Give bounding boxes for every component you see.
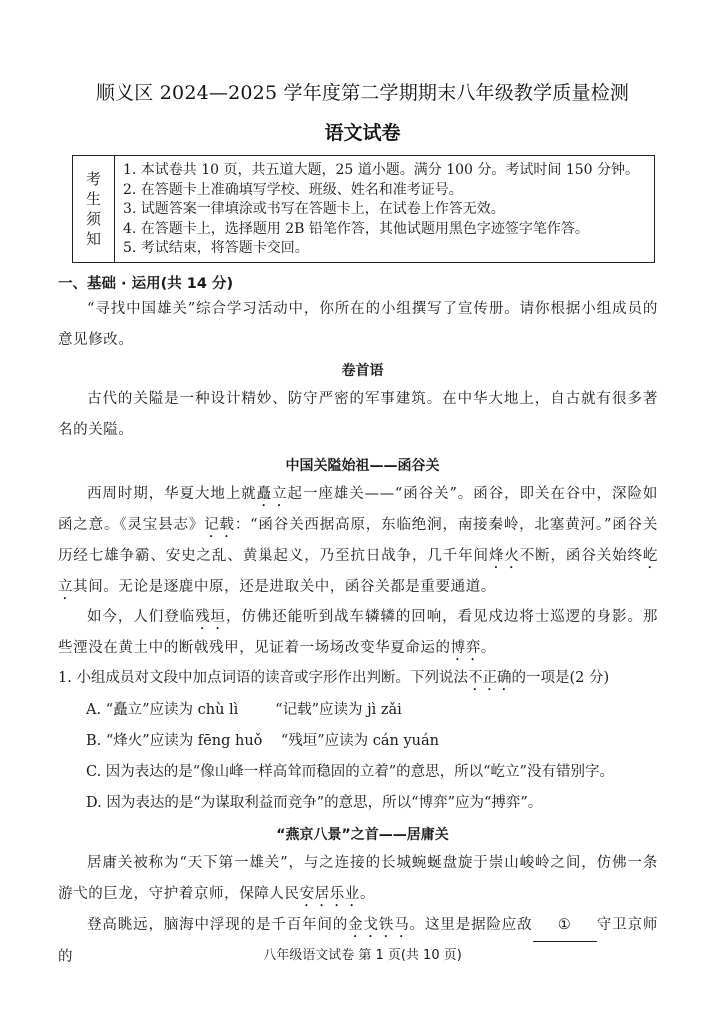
fill-in-blank: ① bbox=[533, 910, 597, 942]
notice-item: 4. 在答题卡上，选择题用 2B 铅笔作答，其他试题用黑色字迹签字笔作答。 bbox=[123, 220, 654, 240]
question-1-option-b: B. “烽火”应读为 fēng huǒ “残垣”应读为 cán yuán bbox=[86, 731, 676, 751]
candidate-notice-table: 考 生 须 知 1. 本试卷共 10 页，共五道大题，25 道小题。满分 100… bbox=[72, 155, 655, 263]
section-title: 一、基础 · 运用(共 14 分) bbox=[58, 272, 233, 293]
question-1-option-a: A. “矗立”应读为 chù lì “记载”应读为 jì zǎi bbox=[86, 700, 676, 720]
dotted-word: 安居乐业 bbox=[300, 886, 360, 902]
question-1-option-c: C. 因为表达的是“像山峰一样高耸而稳固的立着”的意思，所以“屹立”没有错别字。 bbox=[86, 762, 676, 782]
exam-page: 顺义区 2024—2025 学年度第二学期期末八年级教学质量检测 语文试卷 考 … bbox=[0, 0, 725, 1024]
text: 1. 小组成员对文段中加点词语的读音或字形作出判断。下列说法 bbox=[58, 670, 468, 686]
notice-label-char: 知 bbox=[86, 229, 101, 249]
preface-text: 古代的关隘是一种设计精妙、防守严密的军事建筑。在中华大地上，自古就有很多著名的关… bbox=[58, 384, 658, 446]
hangu-paragraph-1: 西周时期，华夏大地上就矗立起一座雄关——“函谷关”。函谷，即关在谷中，深险如函之… bbox=[58, 479, 658, 603]
text: 登高眺远，脑海中浮现的是千百年间的 bbox=[87, 917, 348, 933]
preface-heading: 卷首语 bbox=[0, 360, 725, 380]
text: 如今，人们登临 bbox=[87, 609, 195, 625]
notice-label: 考 生 须 知 bbox=[73, 156, 115, 262]
dotted-word: 博弈 bbox=[451, 640, 481, 656]
notice-item: 3. 试题答案一律填涂或书写在答题卡上，在试卷上作答无效。 bbox=[123, 200, 654, 220]
hangu-paragraph-2: 如今，人们登临残垣，仿佛还能听到战车辚辚的回响，看见戍边将士巡逻的身影。那些湮没… bbox=[58, 602, 658, 664]
notice-label-char: 生 bbox=[86, 189, 101, 209]
question-1-option-d: D. 因为表达的是“为谋取利益而竞争”的意思，所以“博弈”应为“搏弈”。 bbox=[86, 793, 676, 813]
text: 不断，函谷关始终 bbox=[520, 548, 643, 564]
dotted-word: 残垣 bbox=[195, 609, 226, 625]
text: 的一项是(2 分) bbox=[511, 670, 609, 686]
question-1-stem: 1. 小组成员对文段中加点词语的读音或字形作出判断。下列说法不正确的一项是(2 … bbox=[58, 668, 668, 694]
juyong-paragraph-2: 登高眺远，脑海中浮现的是千百年间的金戈铁马。这里是据险应敌①守卫京师的 bbox=[58, 910, 658, 973]
section-intro: “寻找中国雄关”综合学习活动中，你所在的小组撰写了宣传册。请你根据小组成员的意见… bbox=[58, 294, 658, 356]
notice-item: 5. 考试结束，将答题卡交回。 bbox=[123, 239, 654, 259]
exam-title: 顺义区 2024—2025 学年度第二学期期末八年级教学质量检测 bbox=[0, 78, 725, 105]
dotted-word: 矗立 bbox=[257, 486, 288, 502]
text: 其间。无论是逐鹿中原，还是进取关中，函谷关都是重要通道。 bbox=[73, 579, 496, 595]
notice-label-char: 考 bbox=[86, 169, 101, 189]
dotted-word: 记载 bbox=[204, 517, 235, 533]
exam-subtitle: 语文试卷 bbox=[0, 118, 725, 145]
text: 。 bbox=[360, 886, 375, 902]
text: 西周时期，华夏大地上就 bbox=[87, 486, 257, 502]
juyong-heading: “燕京八景”之首——居庸关 bbox=[0, 824, 725, 844]
text: 。这里是据险应敌 bbox=[410, 917, 533, 933]
page-footer: 八年级语文试卷 第 1 页(共 10 页) bbox=[0, 944, 725, 963]
dotted-word: 烽火 bbox=[489, 548, 520, 564]
dotted-word: 不正确 bbox=[468, 670, 512, 686]
dotted-word: 金戈铁马 bbox=[348, 917, 409, 933]
text: 。 bbox=[481, 640, 496, 656]
juyong-paragraph-1: 居庸关被称为“天下第一雄关”，与之连接的长城蜿蜒盘旋于崇山峻岭之间，仿佛一条游弋… bbox=[58, 848, 658, 910]
notice-items: 1. 本试卷共 10 页，共五道大题，25 道小题。满分 100 分。考试时间 … bbox=[115, 156, 654, 262]
notice-label-char: 须 bbox=[86, 209, 101, 229]
notice-item: 1. 本试卷共 10 页，共五道大题，25 道小题。满分 100 分。考试时间 … bbox=[123, 161, 654, 181]
hangu-heading: 中国关隘始祖——函谷关 bbox=[0, 455, 725, 475]
notice-item: 2. 在答题卡上准确填写学校、班级、姓名和准考证号。 bbox=[123, 181, 654, 201]
